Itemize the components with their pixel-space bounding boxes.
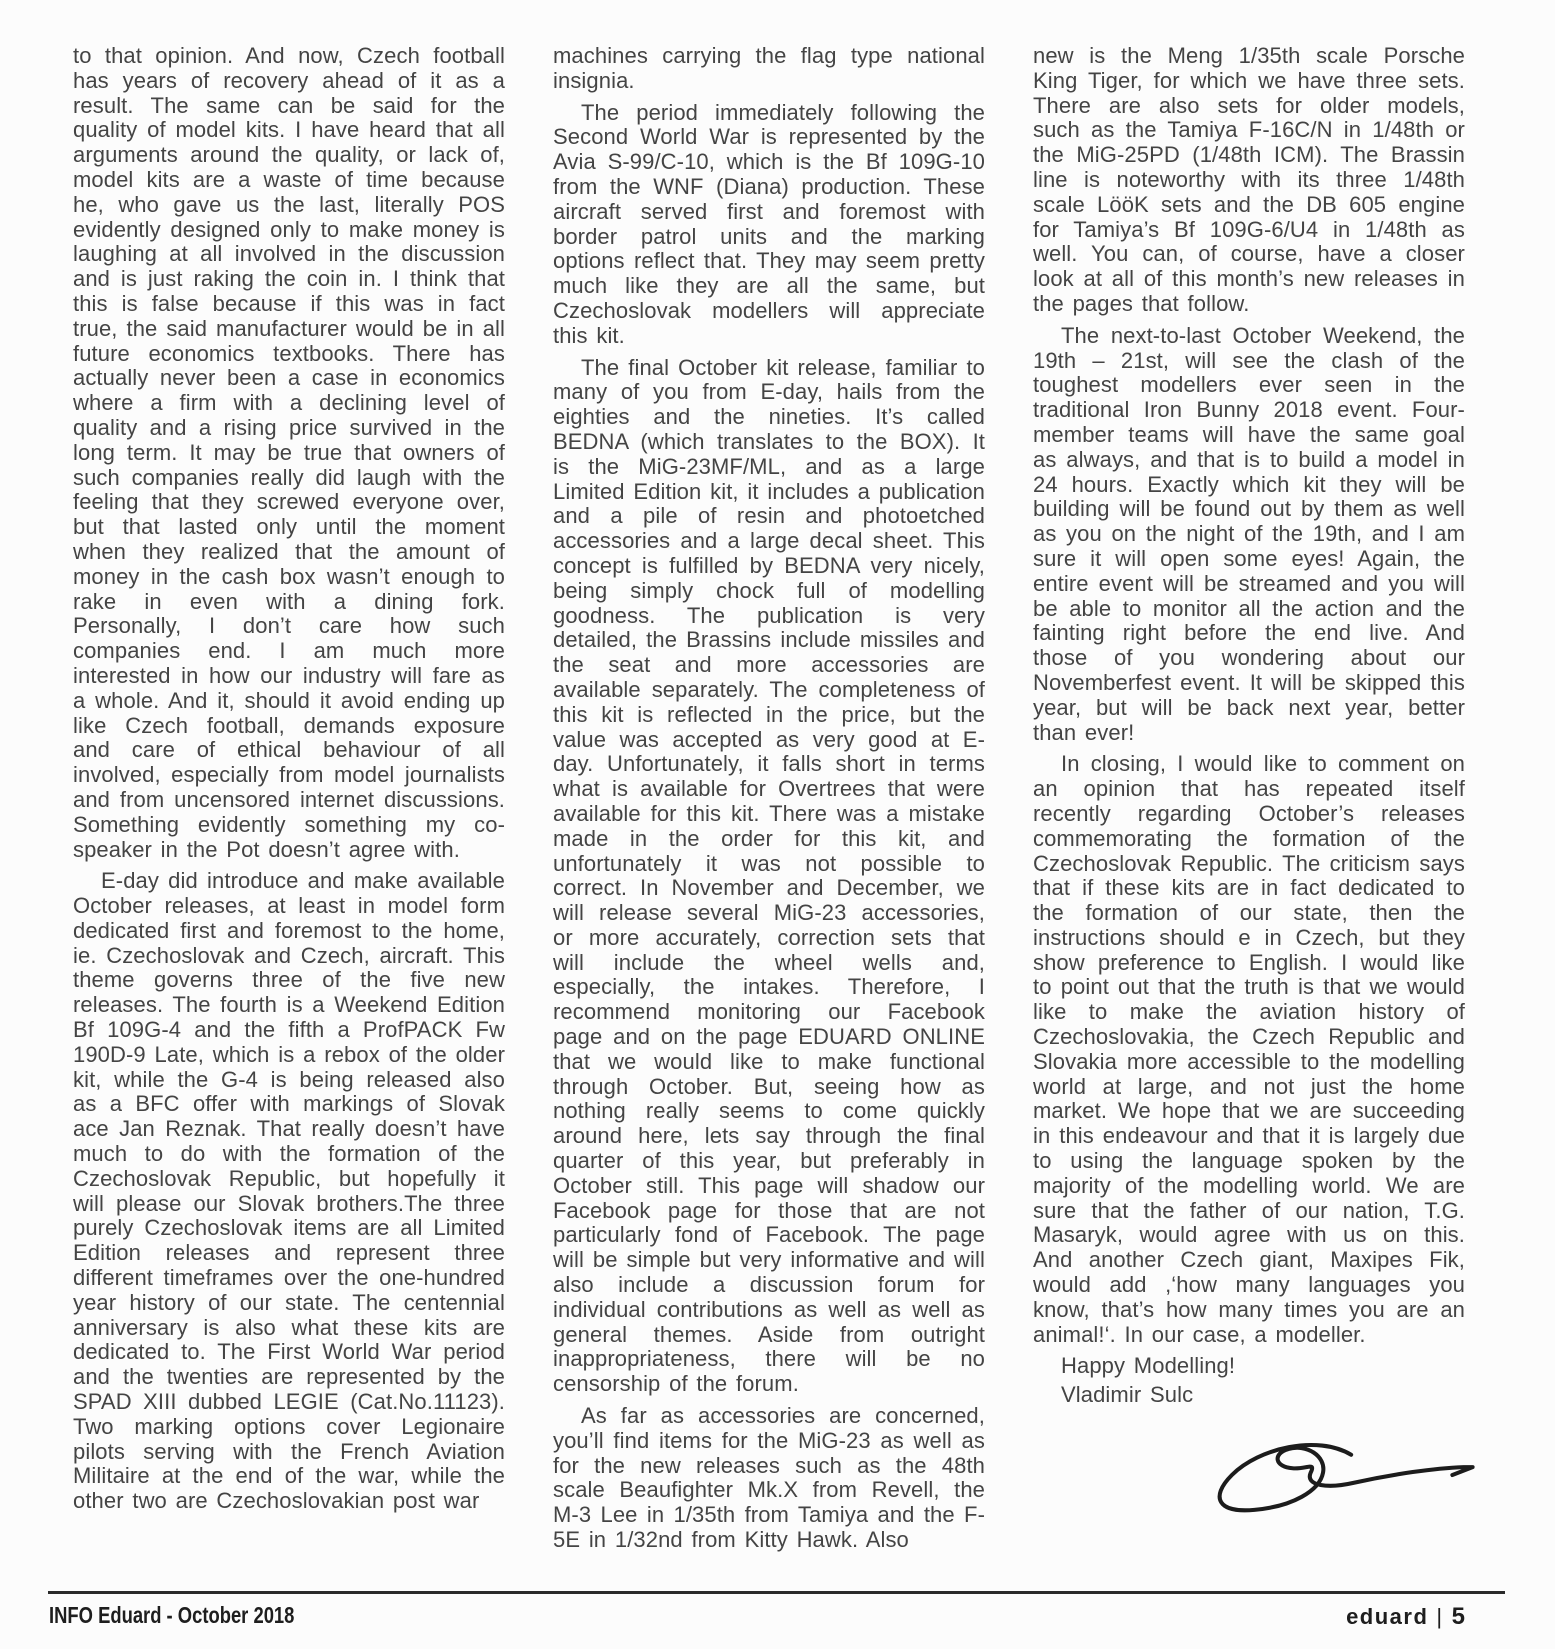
paragraph: The next-to-last October Weekend, the 19… [1033,324,1465,746]
signature-icon [1203,1430,1488,1520]
closing-line: Happy Modelling! [1033,1354,1465,1379]
article-body: to that opinion. And now, Czech football… [73,44,1465,1560]
paragraph-continuation: to that opinion. And now, Czech football… [73,44,505,862]
paragraph: As far as accessories are concerned, you… [553,1404,985,1553]
paragraph: The period immediately following the Sec… [553,101,985,349]
brand-label: eduard [1346,1604,1428,1629]
paragraph: In closing, I would like to comment on a… [1033,752,1465,1347]
paragraph-continuation: new is the Meng 1/35th scale Porsche Kin… [1033,44,1465,317]
author-name: Vladimir Sulc [1033,1383,1465,1408]
signature-graphic [1203,1430,1488,1520]
paragraph: E-day did introduce and make available O… [73,869,505,1514]
footer-divider [48,1591,1505,1594]
text-column-3: new is the Meng 1/35th scale Porsche Kin… [1033,44,1465,1560]
page-footer-right: eduard|5 [1346,1603,1465,1631]
magazine-page: to that opinion. And now, Czech football… [0,0,1555,1649]
text-column-1: to that opinion. And now, Czech football… [73,44,505,1560]
paragraph-continuation: machines carrying the flag type national… [553,44,985,94]
paragraph: The final October kit release, familiar … [553,356,985,1397]
footer-separator: | [1436,1604,1443,1629]
text-column-2: machines carrying the flag type national… [553,44,985,1560]
page-number-value: 5 [1452,1603,1465,1630]
issue-label: INFO Eduard - October 2018 [49,1602,294,1629]
